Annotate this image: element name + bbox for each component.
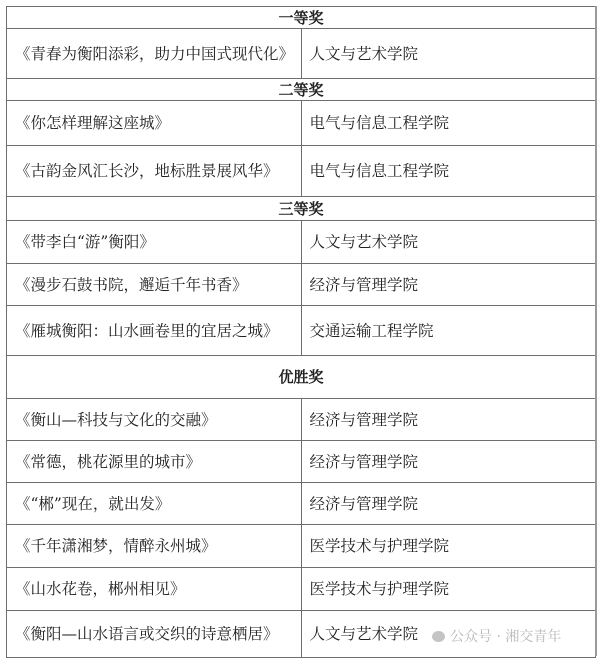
entry-college: 人文与艺术学院 <box>301 29 596 79</box>
entry-title: 《山水花卷，郴州相见》 <box>7 568 302 611</box>
watermark: 公众号 · 湘交青年 <box>432 626 561 646</box>
group-header-second-prize: 二等奖 <box>7 79 596 101</box>
table-row: 《你怎样理解这座城》 电气与信息工程学院 <box>7 101 596 146</box>
group-header-merit-prize: 优胜奖 <box>7 356 596 399</box>
entry-college: 经济与管理学院 <box>301 441 596 483</box>
entry-college: 人文与艺术学院 <box>301 221 596 264</box>
page-edge-divider <box>595 6 597 656</box>
entry-title: 《衡阳—山水语言或交织的诗意栖居》 <box>7 611 302 658</box>
table-row: 《带李白“游”衡阳》 人文与艺术学院 <box>7 221 596 264</box>
wechat-icon <box>432 631 445 642</box>
entry-title: 《你怎样理解这座城》 <box>7 101 302 146</box>
table-row: 《常德，桃花源里的城市》 经济与管理学院 <box>7 441 596 483</box>
entry-title: 《漫步石鼓书院，邂逅千年书香》 <box>7 264 302 306</box>
table-row: 《千年潇湘梦，情醉永州城》 医学技术与护理学院 <box>7 525 596 568</box>
group-label: 三等奖 <box>7 197 596 221</box>
entry-title: 《千年潇湘梦，情醉永州城》 <box>7 525 302 568</box>
entry-title: 《带李白“游”衡阳》 <box>7 221 302 264</box>
entry-college: 医学技术与护理学院 <box>301 525 596 568</box>
group-header-third-prize: 三等奖 <box>7 197 596 221</box>
entry-college: 经济与管理学院 <box>301 483 596 525</box>
table-row: 《雁城衡阳：山水画卷里的宜居之城》 交通运输工程学院 <box>7 306 596 356</box>
entry-college: 医学技术与护理学院 <box>301 568 596 611</box>
entry-title: 《常德，桃花源里的城市》 <box>7 441 302 483</box>
table-row: 《漫步石鼓书院，邂逅千年书香》 经济与管理学院 <box>7 264 596 306</box>
entry-title: 《青春为衡阳添彩，助力中国式现代化》 <box>7 29 302 79</box>
group-label: 一等奖 <box>7 7 596 29</box>
entry-college: 经济与管理学院 <box>301 399 596 441</box>
table-row: 《“郴”现在，就出发》 经济与管理学院 <box>7 483 596 525</box>
group-label: 二等奖 <box>7 79 596 101</box>
group-header-first-prize: 一等奖 <box>7 7 596 29</box>
table-row: 《衡山—科技与文化的交融》 经济与管理学院 <box>7 399 596 441</box>
entry-title: 《古韵金风汇长沙，地标胜景展风华》 <box>7 146 302 197</box>
entry-college: 电气与信息工程学院 <box>301 146 596 197</box>
entry-college: 经济与管理学院 <box>301 264 596 306</box>
entry-title: 《衡山—科技与文化的交融》 <box>7 399 302 441</box>
group-label: 优胜奖 <box>7 356 596 399</box>
entry-title: 《雁城衡阳：山水画卷里的宜居之城》 <box>7 306 302 356</box>
watermark-text: 公众号 · 湘交青年 <box>450 626 561 646</box>
table-row: 《山水花卷，郴州相见》 医学技术与护理学院 <box>7 568 596 611</box>
entry-college: 电气与信息工程学院 <box>301 101 596 146</box>
entry-college: 交通运输工程学院 <box>301 306 596 356</box>
awards-table: 一等奖 《青春为衡阳添彩，助力中国式现代化》 人文与艺术学院 二等奖 《你怎样理… <box>6 6 596 658</box>
table-row: 《青春为衡阳添彩，助力中国式现代化》 人文与艺术学院 <box>7 29 596 79</box>
entry-title: 《“郴”现在，就出发》 <box>7 483 302 525</box>
table-row: 《古韵金风汇长沙，地标胜景展风华》 电气与信息工程学院 <box>7 146 596 197</box>
